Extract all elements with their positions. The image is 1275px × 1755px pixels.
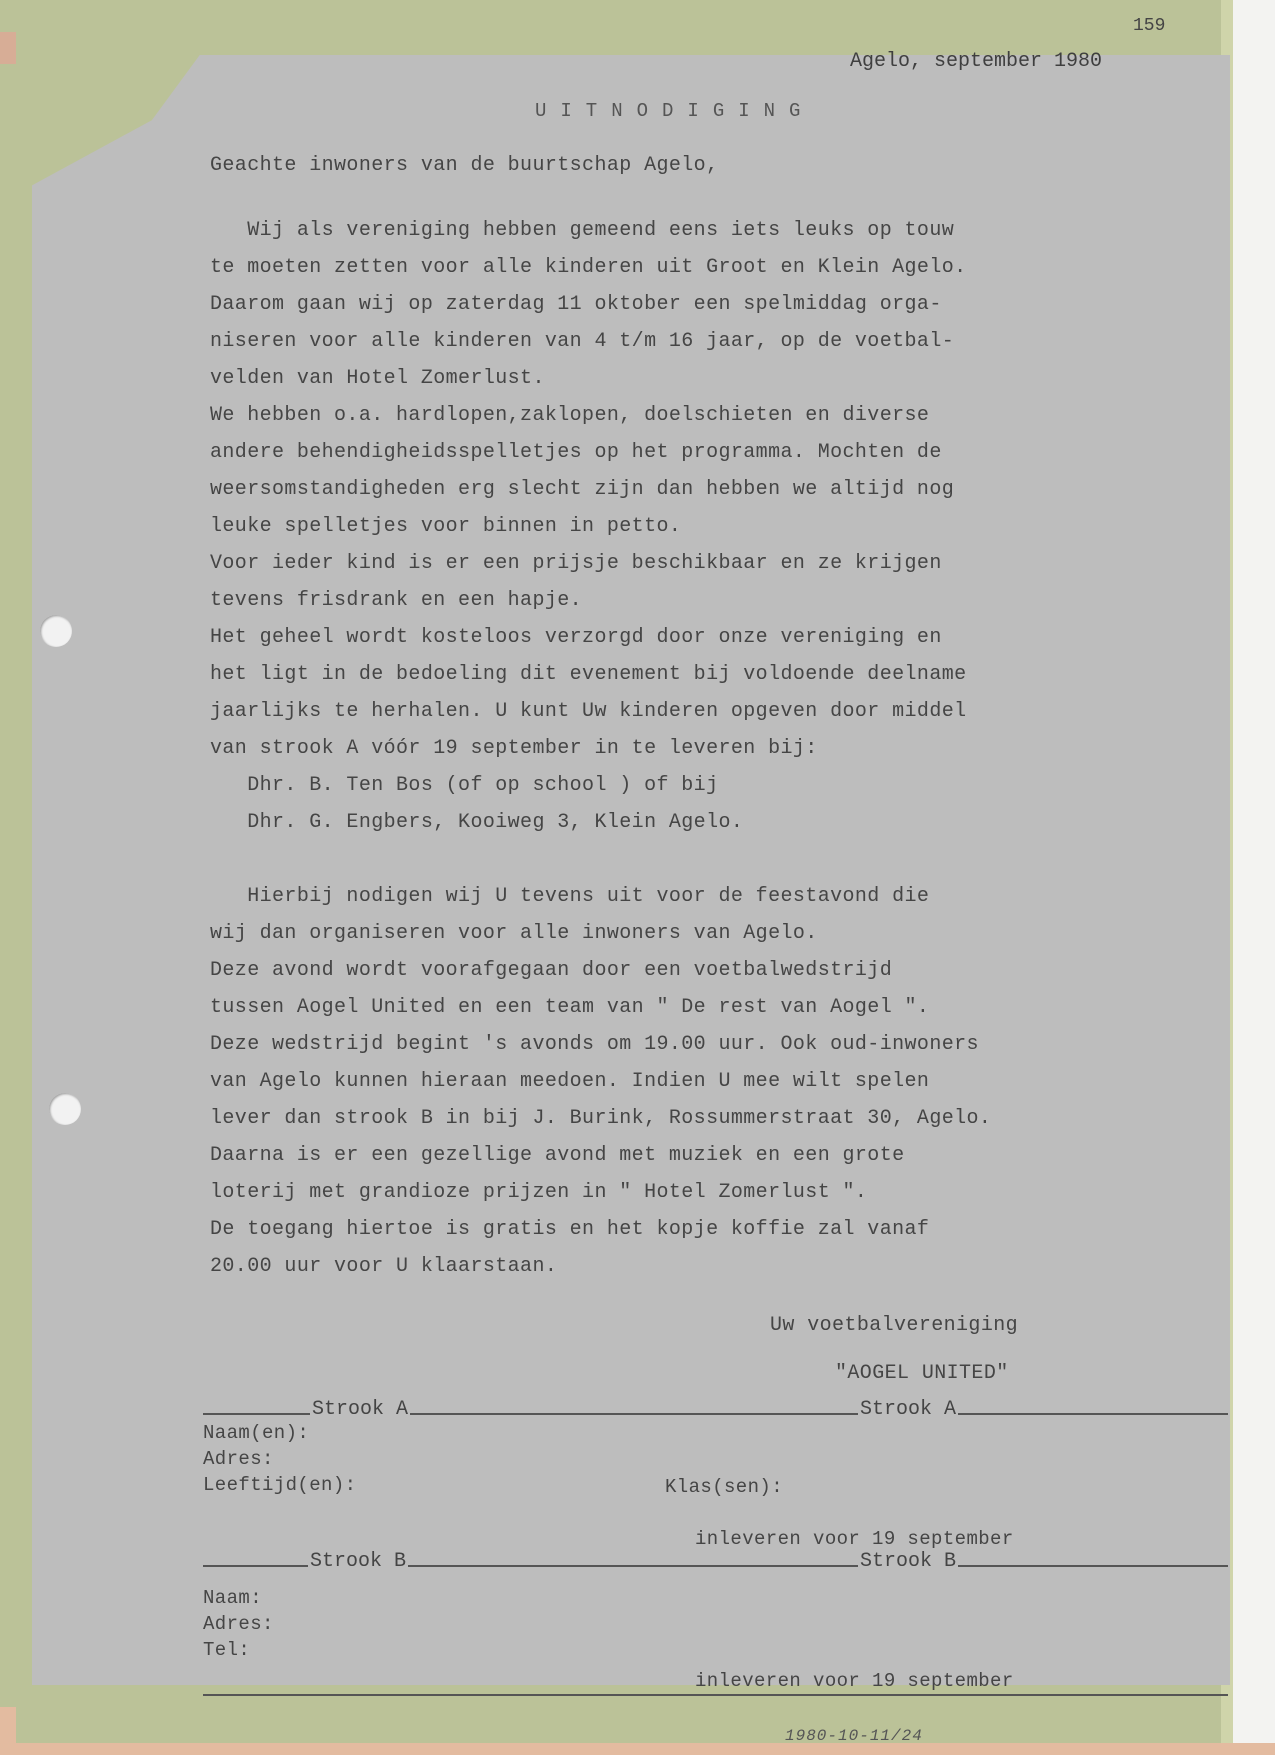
paragraph1-line: Daarom gaan wij op zaterdag 11 oktober e… — [210, 286, 967, 323]
paragraph1-line: We hebben o.a. hardlopen,zaklopen, doels… — [210, 397, 967, 434]
paragraph1-line: leuke spelletjes voor binnen in petto. — [210, 508, 967, 545]
paragraph1-line: andere behendigheidsspelletjes op het pr… — [210, 434, 967, 471]
paragraph2-line: Deze avond wordt voorafgegaan door een v… — [210, 952, 991, 989]
punch-hole-icon — [40, 615, 72, 647]
strook-b-field-name[interactable]: Naam: — [203, 1585, 262, 1611]
page-number: 159 — [1133, 16, 1165, 36]
paragraph2-line: wij dan organiseren voor alle inwoners v… — [210, 915, 991, 952]
strook-b-label-right: Strook B — [858, 1550, 958, 1573]
paragraph2-line: De toegang hiertoe is gratis en het kopj… — [210, 1211, 991, 1248]
paragraph2-line: loterij met grandioze prijzen in " Hotel… — [210, 1174, 991, 1211]
strook-a-field-address[interactable]: Adres: — [203, 1446, 274, 1472]
strook-a-label-left: Strook A — [310, 1398, 410, 1421]
paragraph1-line: Dhr. B. Ten Bos (of op school ) of bij — [210, 767, 967, 804]
paragraph1-line: te moeten zetten voor alle kinderen uit … — [210, 249, 967, 286]
paragraph2-line: Daarna is er een gezellige avond met muz… — [210, 1137, 991, 1174]
paragraph1-line: tevens frisdrank en een hapje. — [210, 582, 967, 619]
paragraph2-line: 20.00 uur voor U klaarstaan. — [210, 1248, 991, 1285]
punch-hole-icon — [49, 1093, 81, 1125]
paragraph2-line: tussen Aogel United en een team van " De… — [210, 989, 991, 1026]
paragraph2-line: Deze wedstrijd begint 's avonds om 19.00… — [210, 1026, 991, 1063]
paragraph1-line: het ligt in de bedoeling dit evenement b… — [210, 656, 967, 693]
signature-line-2: "AOGEL UNITED" — [835, 1355, 1009, 1392]
scan-margin — [1233, 0, 1275, 1755]
date-line: Agelo, september 1980 — [850, 50, 1102, 73]
strook-b-bottom-line — [203, 1694, 1228, 1696]
salutation: Geachte inwoners van de buurtschap Agelo… — [210, 147, 718, 184]
document-title: UITNODIGING — [535, 100, 814, 122]
paragraph2-line: Hierbij nodigen wij U tevens uit voor de… — [210, 878, 991, 915]
signature-line-1: Uw voetbalvereniging — [770, 1307, 1018, 1344]
strook-b-deadline: inleveren voor 19 september — [695, 1668, 1014, 1694]
paragraph1-line: Wij als vereniging hebben gemeend eens i… — [210, 212, 967, 249]
strook-b-label-left: Strook B — [308, 1550, 408, 1573]
paragraph1-line: Voor ieder kind is er een prijsje beschi… — [210, 545, 967, 582]
strook-b-field-phone[interactable]: Tel: — [203, 1637, 250, 1663]
paragraph1-line: van strook A vóór 19 september in te lev… — [210, 730, 967, 767]
strook-a-deadline: inleveren voor 19 september — [695, 1526, 1014, 1552]
paragraph1-line: Het geheel wordt kosteloos verzorgd door… — [210, 619, 967, 656]
paragraph1-line: jaarlijks te herhalen. U kunt Uw kindere… — [210, 693, 967, 730]
paragraph1-line: niseren voor alle kinderen van 4 t/m 16 … — [210, 323, 967, 360]
paragraph1-line: velden van Hotel Zomerlust. — [210, 360, 967, 397]
paragraph-children-afternoon: Wij als vereniging hebben gemeend eens i… — [210, 212, 967, 841]
paragraph2-line: van Agelo kunnen hieraan meedoen. Indien… — [210, 1063, 991, 1100]
paper-bottom-edge — [0, 1743, 1275, 1755]
paragraph-evening-party: Hierbij nodigen wij U tevens uit voor de… — [210, 878, 991, 1285]
strook-b-field-address[interactable]: Adres: — [203, 1611, 274, 1637]
paper-corner-tab — [0, 32, 16, 64]
paragraph2-line: lever dan strook B in bij J. Burink, Ros… — [210, 1100, 991, 1137]
paragraph1-line: Dhr. G. Engbers, Kooiweg 3, Klein Agelo. — [210, 804, 967, 841]
strook-a-field-classes[interactable]: Klas(sen): — [665, 1474, 783, 1500]
paragraph1-line: weersomstandigheden erg slecht zijn dan … — [210, 471, 967, 508]
strook-a-field-ages[interactable]: Leeftijd(en): — [203, 1472, 356, 1498]
strook-a-field-names[interactable]: Naam(en): — [203, 1420, 309, 1446]
strook-a-label-right: Strook A — [858, 1398, 958, 1421]
